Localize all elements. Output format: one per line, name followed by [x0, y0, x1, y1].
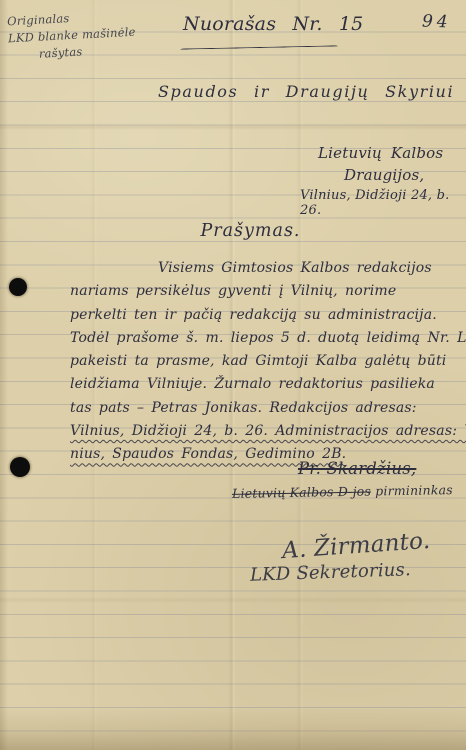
horizontal-crease	[0, 597, 466, 603]
chairman-title-rest: pirmininkas	[371, 482, 453, 498]
chairman-name-struck: Pr. Skardžius,	[298, 459, 416, 478]
page-edge-shadow	[0, 0, 8, 750]
page-bottom-shadow	[0, 708, 466, 750]
chairman-title-struck-part: Lietuvių Kalbos D-jos	[232, 484, 371, 501]
chairman-title: Lietuvių Kalbos D-jos pirmininkas	[232, 482, 453, 501]
document-page: Originalas LKD blanke mašinėle rašytas N…	[0, 0, 466, 750]
document-title: Prašymas.	[0, 221, 466, 241]
body-line: nariams persikėlus gyventi į Vilnių, nor…	[70, 280, 464, 303]
secretary-title: LKD Sekretorius.	[250, 559, 412, 586]
copy-number-label: Nuorašas Nr. 15	[183, 13, 363, 35]
body-line: leidžiama Vilniuje. Žurnalo redaktorius …	[70, 373, 464, 396]
body-line: tas pats – Petras Jonikas. Redakcijos ad…	[70, 397, 464, 420]
punch-hole-icon	[10, 457, 30, 477]
sender-org-line: Draugijos,	[344, 166, 424, 184]
body-line: perkelti ten ir pačią redakciją su admin…	[70, 304, 464, 327]
body-line: pakeisti ta prasme, kad Gimtoji Kalba ga…	[70, 350, 464, 373]
horizontal-crease	[0, 124, 466, 130]
letter-body: Visiems Gimtosios Kalbos redakcijos nari…	[70, 257, 464, 467]
body-line-underlined: Vilnius, Didžioji 24, b. 26. Administrac…	[70, 420, 464, 443]
body-line: Todėl prašome š. m. liepos 5 d. duotą le…	[70, 327, 464, 350]
corner-note: Originalas LKD blanke mašinėle rašytas	[7, 7, 137, 65]
recipient-heading: Spaudos ir Draugijų Skyriui	[158, 82, 454, 101]
copy-number-underline	[180, 42, 338, 49]
punch-hole-icon	[9, 278, 27, 296]
body-line: Visiems Gimtosios Kalbos redakcijos	[70, 257, 464, 280]
sender-org-line: Lietuvių Kalbos	[318, 144, 443, 162]
sender-address-line: Vilnius, Didžioji 24, b. 26.	[300, 188, 466, 218]
folio-number: 94	[422, 11, 452, 32]
